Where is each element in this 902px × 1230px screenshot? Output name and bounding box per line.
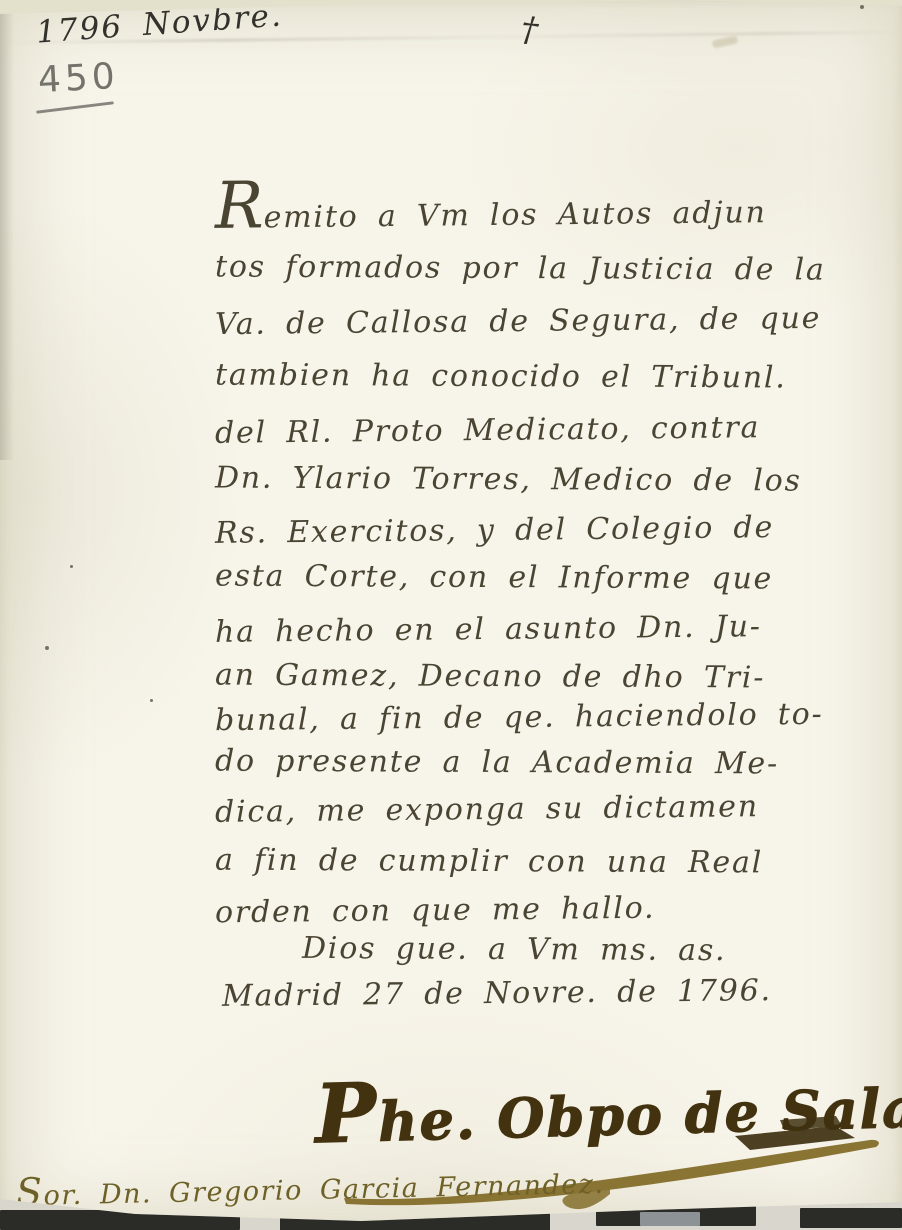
ink-speck	[150, 699, 153, 702]
letter-line: tambien ha conocido el Tribunl.	[215, 359, 787, 396]
cross-mark: †	[519, 9, 540, 51]
ink-speck	[860, 5, 864, 9]
letter-line: a fin de cumplir con una Real	[215, 844, 763, 881]
letter-dateline: Madrid 27 de Novre. de 1796.	[222, 974, 772, 1014]
letter-line: del Rl. Proto Medicato, contra	[215, 411, 761, 451]
letter-line: bunal, a fin de qe. haciendolo to-	[215, 698, 824, 739]
letter-line: esta Corte, con el Informe que	[215, 560, 773, 597]
letter-line: dica, me exponga su dictamen	[215, 790, 759, 830]
letter-line: Remito a Vm los Autos adjun	[215, 183, 767, 236]
ink-speck	[45, 646, 49, 650]
scanned-letter-page: 1796 Novbre. 450 † Remito a Vm los Autos…	[0, 0, 902, 1230]
letter-line: orden con que me hallo.	[215, 892, 656, 931]
scan-strip-segment	[800, 1208, 902, 1228]
paper-sheet: 1796 Novbre. 450 † Remito a Vm los Autos…	[0, 0, 902, 1230]
letter-line: Rs. Exercitos, y del Colegio de	[215, 511, 774, 551]
scan-strip-patch	[640, 1212, 700, 1226]
paper-left-edge-shadow	[0, 0, 14, 460]
letter-line: Va. de Callosa de Segura, de que	[215, 302, 822, 343]
letter-line: Dn. Ylario Torres, Medico de los	[215, 461, 802, 499]
archival-date-note: 1796 Novbre.	[35, 0, 284, 51]
letter-line: do presente a la Academia Me-	[215, 745, 779, 782]
letter-line: an Gamez, Decano de dho Tri-	[215, 659, 765, 696]
folio-number: 450	[37, 56, 120, 101]
letter-valediction: Dios gue. a Vm ms. as.	[302, 932, 727, 969]
folio-number-underline	[36, 101, 114, 113]
ink-smudge	[711, 35, 738, 48]
letter-line: ha hecho en el asunto Dn. Ju-	[215, 610, 762, 650]
letter-line: tos formados por la Justicia de la	[215, 250, 826, 288]
ink-speck	[70, 565, 73, 568]
